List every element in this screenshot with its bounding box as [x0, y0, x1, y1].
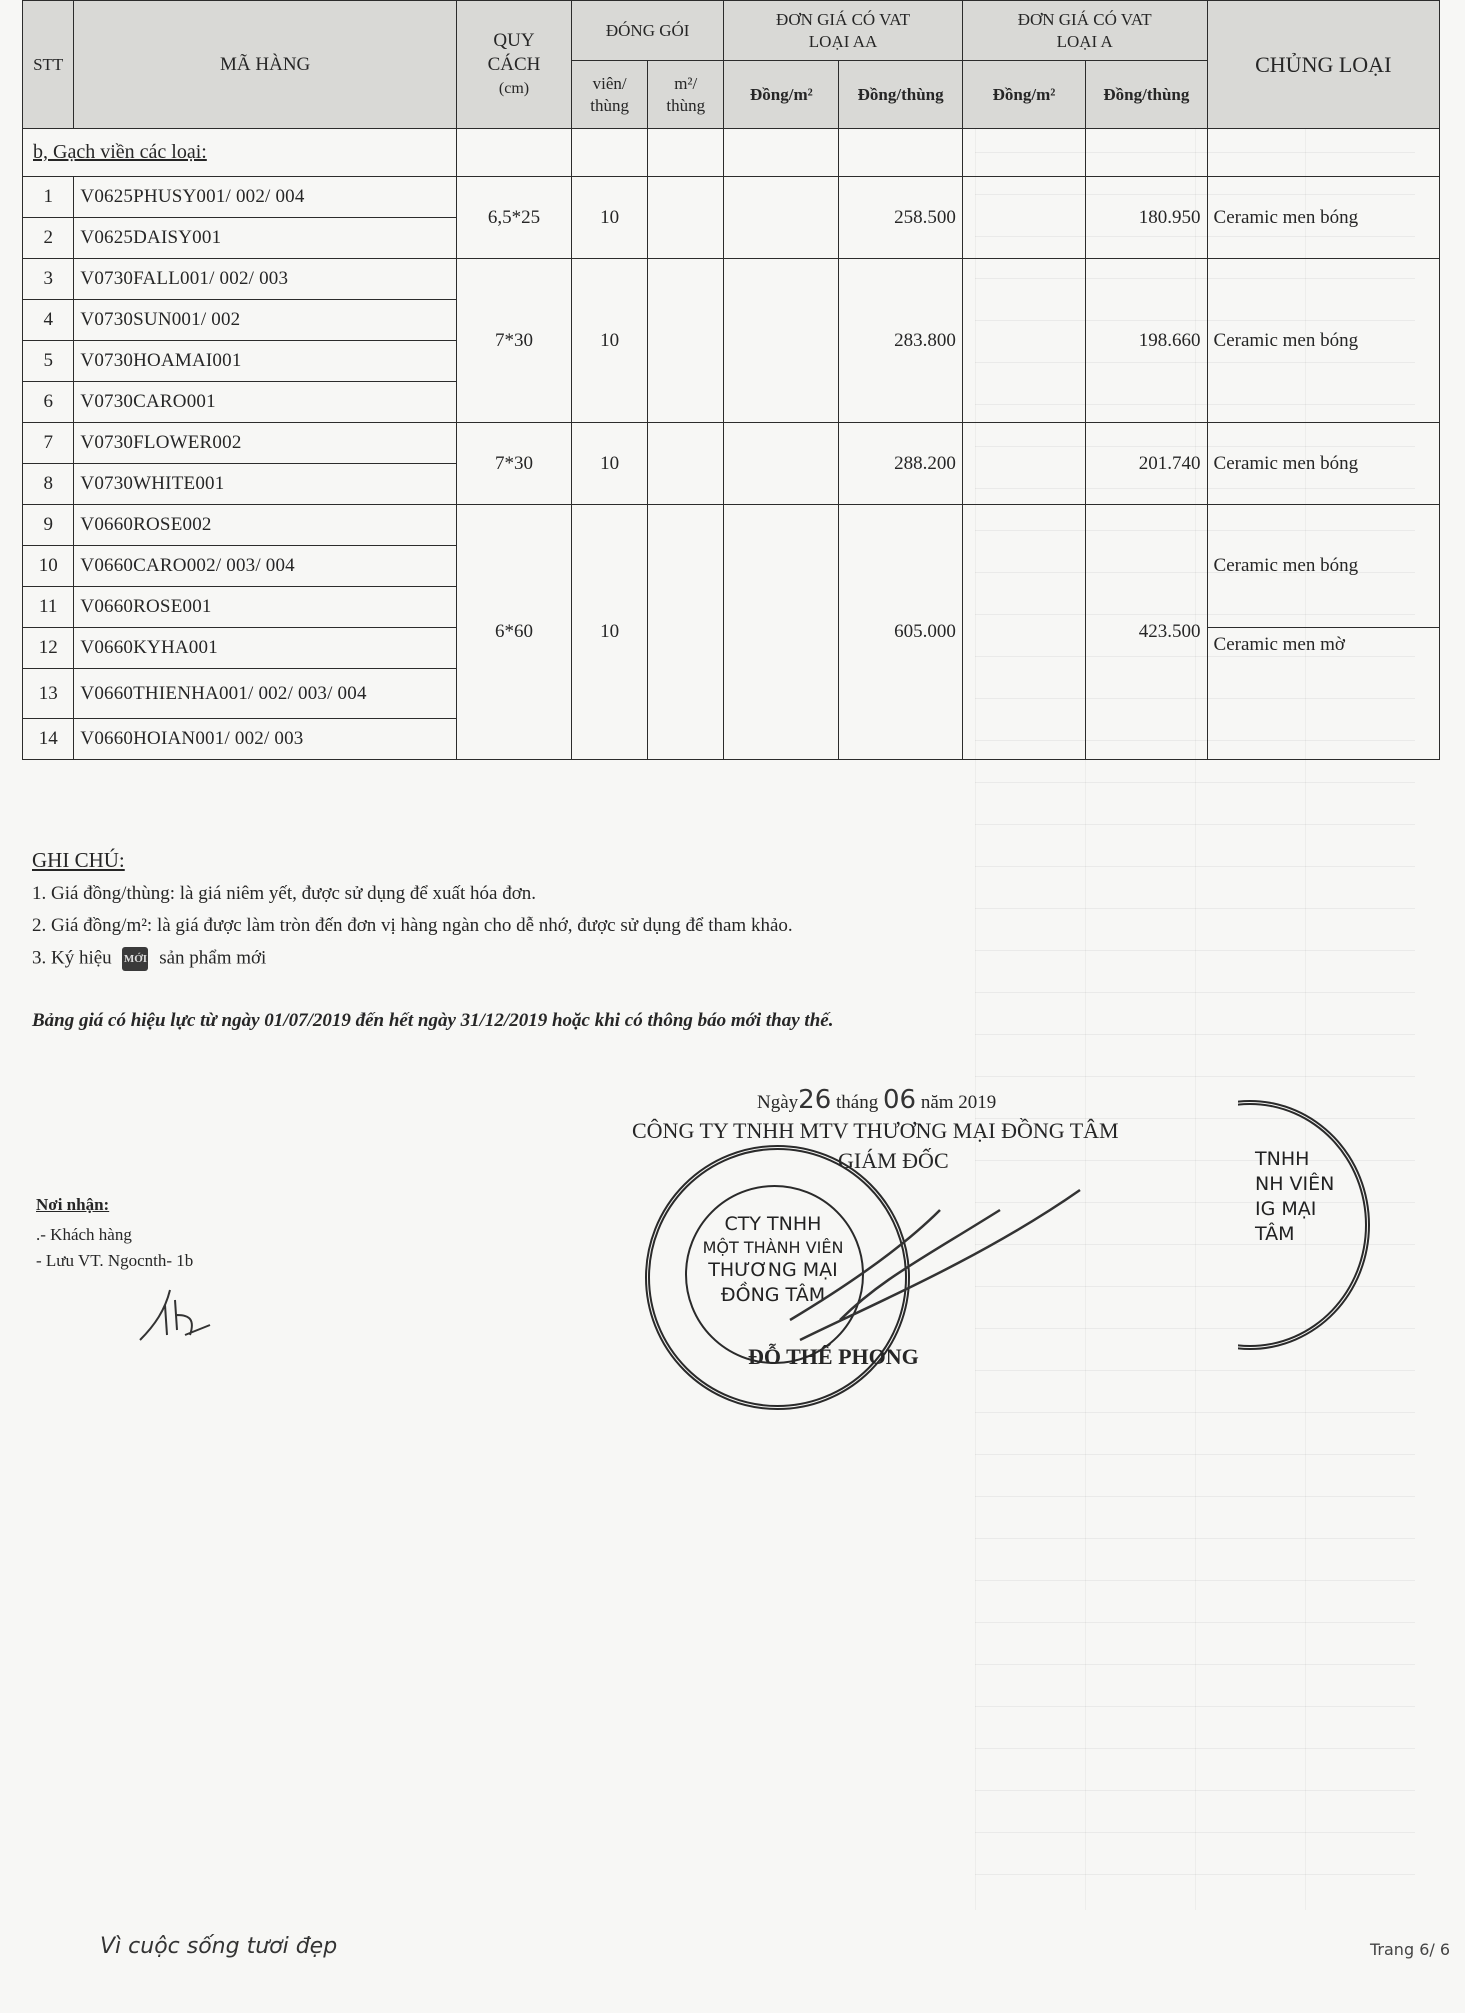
row-stt: 5 [23, 341, 74, 382]
note-1: 1. Giá đồng/thùng: là giá niêm yết, được… [32, 883, 793, 905]
row-code: V0660HOIAN001/ 002/ 003 [74, 719, 457, 760]
group-size: 6*60 [456, 505, 571, 760]
row-stt: 4 [23, 300, 74, 341]
group-a-dong-thung: 180.950 [1086, 177, 1207, 259]
company-seal-stamp-partial: TNHH NH VIÊN IG MẠI TÂM [1130, 1100, 1370, 1350]
header-dong-goi: ĐÓNG GÓI [572, 1, 724, 61]
row-stt: 11 [23, 587, 74, 628]
row-code: V0730SUN001/ 002 [74, 300, 457, 341]
group-aa-dong-m2 [724, 505, 839, 760]
recipients-section: Nơi nhận: .- Khách hàng - Lưu VT. Ngocnt… [36, 1195, 193, 1277]
header-quy-cach: QUYCÁCH(cm) [456, 1, 571, 129]
group-m2-thung [648, 423, 724, 505]
group-size: 7*30 [456, 423, 571, 505]
group-vien-thung: 10 [572, 505, 648, 760]
group-aa-dong-thung: 605.000 [839, 505, 962, 760]
handwritten-day: 26 [798, 1085, 831, 1115]
row-code: V0730FLOWER002 [74, 423, 457, 464]
validity-statement: Bảng giá có hiệu lực từ ngày 01/07/2019 … [32, 1010, 833, 1032]
page-number: Trang 6/ 6 [1370, 1940, 1450, 1959]
row-code: V0660CARO002/ 003/ 004 [74, 546, 457, 587]
header-stt: STT [23, 1, 74, 129]
table-row: 3V0730FALL001/ 002/ 0037*3010283.800198.… [23, 259, 1440, 300]
new-product-badge-icon: MỚI [122, 947, 148, 971]
row-code: V0730FALL001/ 002/ 003 [74, 259, 457, 300]
header-m2-thung: m²/thùng [648, 61, 724, 129]
group-a-dong-m2 [962, 505, 1085, 760]
group-a-dong-m2 [962, 177, 1085, 259]
group-size: 7*30 [456, 259, 571, 423]
row-code: V0660ROSE002 [74, 505, 457, 546]
header-don-gia-aa: ĐƠN GIÁ CÓ VATLOẠI AA [724, 1, 963, 61]
group-aa-dong-thung: 258.500 [839, 177, 962, 259]
group-a-dong-thung: 198.660 [1086, 259, 1207, 423]
group-m2-thung [648, 259, 724, 423]
initials-signature [135, 1285, 215, 1345]
director-name: ĐỖ THẾ PHONG [748, 1344, 919, 1370]
row-code: V0625PHUSY001/ 002/ 004 [74, 177, 457, 218]
row-stt: 1 [23, 177, 74, 218]
note-2: 2. Giá đồng/m²: là giá được làm tròn đến… [32, 915, 793, 937]
director-signature [780, 1170, 1100, 1350]
group-type-top: Ceramic men bóng [1207, 505, 1439, 628]
row-code: V0730HOAMAI001 [74, 341, 457, 382]
row-stt: 12 [23, 628, 74, 669]
group-a-dong-m2 [962, 423, 1085, 505]
header-a-dong-thung: Đồng/thùng [1086, 61, 1207, 129]
group-a-dong-thung: 423.500 [1086, 505, 1207, 760]
table-row: 1V0625PHUSY001/ 002/ 0046,5*2510258.5001… [23, 177, 1440, 218]
handwritten-month: 06 [883, 1085, 916, 1115]
group-vien-thung: 10 [572, 259, 648, 423]
row-stt: 10 [23, 546, 74, 587]
group-type: Ceramic men bóng [1207, 423, 1439, 505]
header-aa-dong-thung: Đồng/thùng [839, 61, 962, 129]
group-type: Ceramic men bóng [1207, 259, 1439, 423]
row-stt: 14 [23, 719, 74, 760]
notes-section: GHI CHÚ: 1. Giá đồng/thùng: là giá niêm … [32, 848, 793, 981]
header-aa-dong-m2: Đồng/m² [724, 61, 839, 129]
price-table: STT MÃ HÀNG QUYCÁCH(cm) ĐÓNG GÓI ĐƠN GIÁ… [22, 0, 1440, 760]
group-m2-thung [648, 177, 724, 259]
note-3: 3. Ký hiệu MỚI sản phẩm mới [32, 947, 793, 971]
group-vien-thung: 10 [572, 177, 648, 259]
row-code: V0730WHITE001 [74, 464, 457, 505]
table-row: 9V0660ROSE0026*6010605.000423.500Ceramic… [23, 505, 1440, 546]
group-type-bottom: Ceramic men mờ [1207, 628, 1439, 760]
header-vien-thung: viên/thùng [572, 61, 648, 129]
table-row: 7V0730FLOWER0027*3010288.200201.740Ceram… [23, 423, 1440, 464]
row-stt: 3 [23, 259, 74, 300]
group-aa-dong-thung: 288.200 [839, 423, 962, 505]
row-stt: 9 [23, 505, 74, 546]
group-aa-dong-thung: 283.800 [839, 259, 962, 423]
row-code: V0660KYHA001 [74, 628, 457, 669]
recipients-title: Nơi nhận: [36, 1195, 193, 1215]
row-stt: 2 [23, 218, 74, 259]
header-don-gia-a: ĐƠN GIÁ CÓ VATLOẠI A [962, 1, 1207, 61]
group-a-dong-thung: 201.740 [1086, 423, 1207, 505]
row-code: V0625DAISY001 [74, 218, 457, 259]
notes-title: GHI CHÚ: [32, 848, 793, 873]
section-title: b, Gạch viền các loại: [23, 129, 457, 177]
group-m2-thung [648, 505, 724, 760]
header-a-dong-m2: Đồng/m² [962, 61, 1085, 129]
section-row: b, Gạch viền các loại: [23, 129, 1440, 177]
row-code: V0730CARO001 [74, 382, 457, 423]
group-aa-dong-m2 [724, 259, 839, 423]
company-name: CÔNG TY TNHH MTV THƯƠNG MẠI ĐỒNG TÂM [632, 1118, 1119, 1144]
group-size: 6,5*25 [456, 177, 571, 259]
row-code: V0660ROSE001 [74, 587, 457, 628]
row-stt: 13 [23, 669, 74, 719]
header-ma-hang: MÃ HÀNG [74, 1, 457, 129]
group-aa-dong-m2 [724, 177, 839, 259]
footer-slogan: Vì cuộc sống tươi đẹp [100, 1934, 337, 1959]
header-chung-loai: CHỦNG LOẠI [1207, 1, 1439, 129]
group-vien-thung: 10 [572, 423, 648, 505]
row-code: V0660THIENHA001/ 002/ 003/ 004 [74, 669, 457, 719]
group-type: Ceramic men bóng [1207, 177, 1439, 259]
group-aa-dong-m2 [724, 423, 839, 505]
group-a-dong-m2 [962, 259, 1085, 423]
sign-date: Ngày26 tháng 06 năm 2019 [757, 1085, 996, 1115]
row-stt: 6 [23, 382, 74, 423]
row-stt: 8 [23, 464, 74, 505]
row-stt: 7 [23, 423, 74, 464]
